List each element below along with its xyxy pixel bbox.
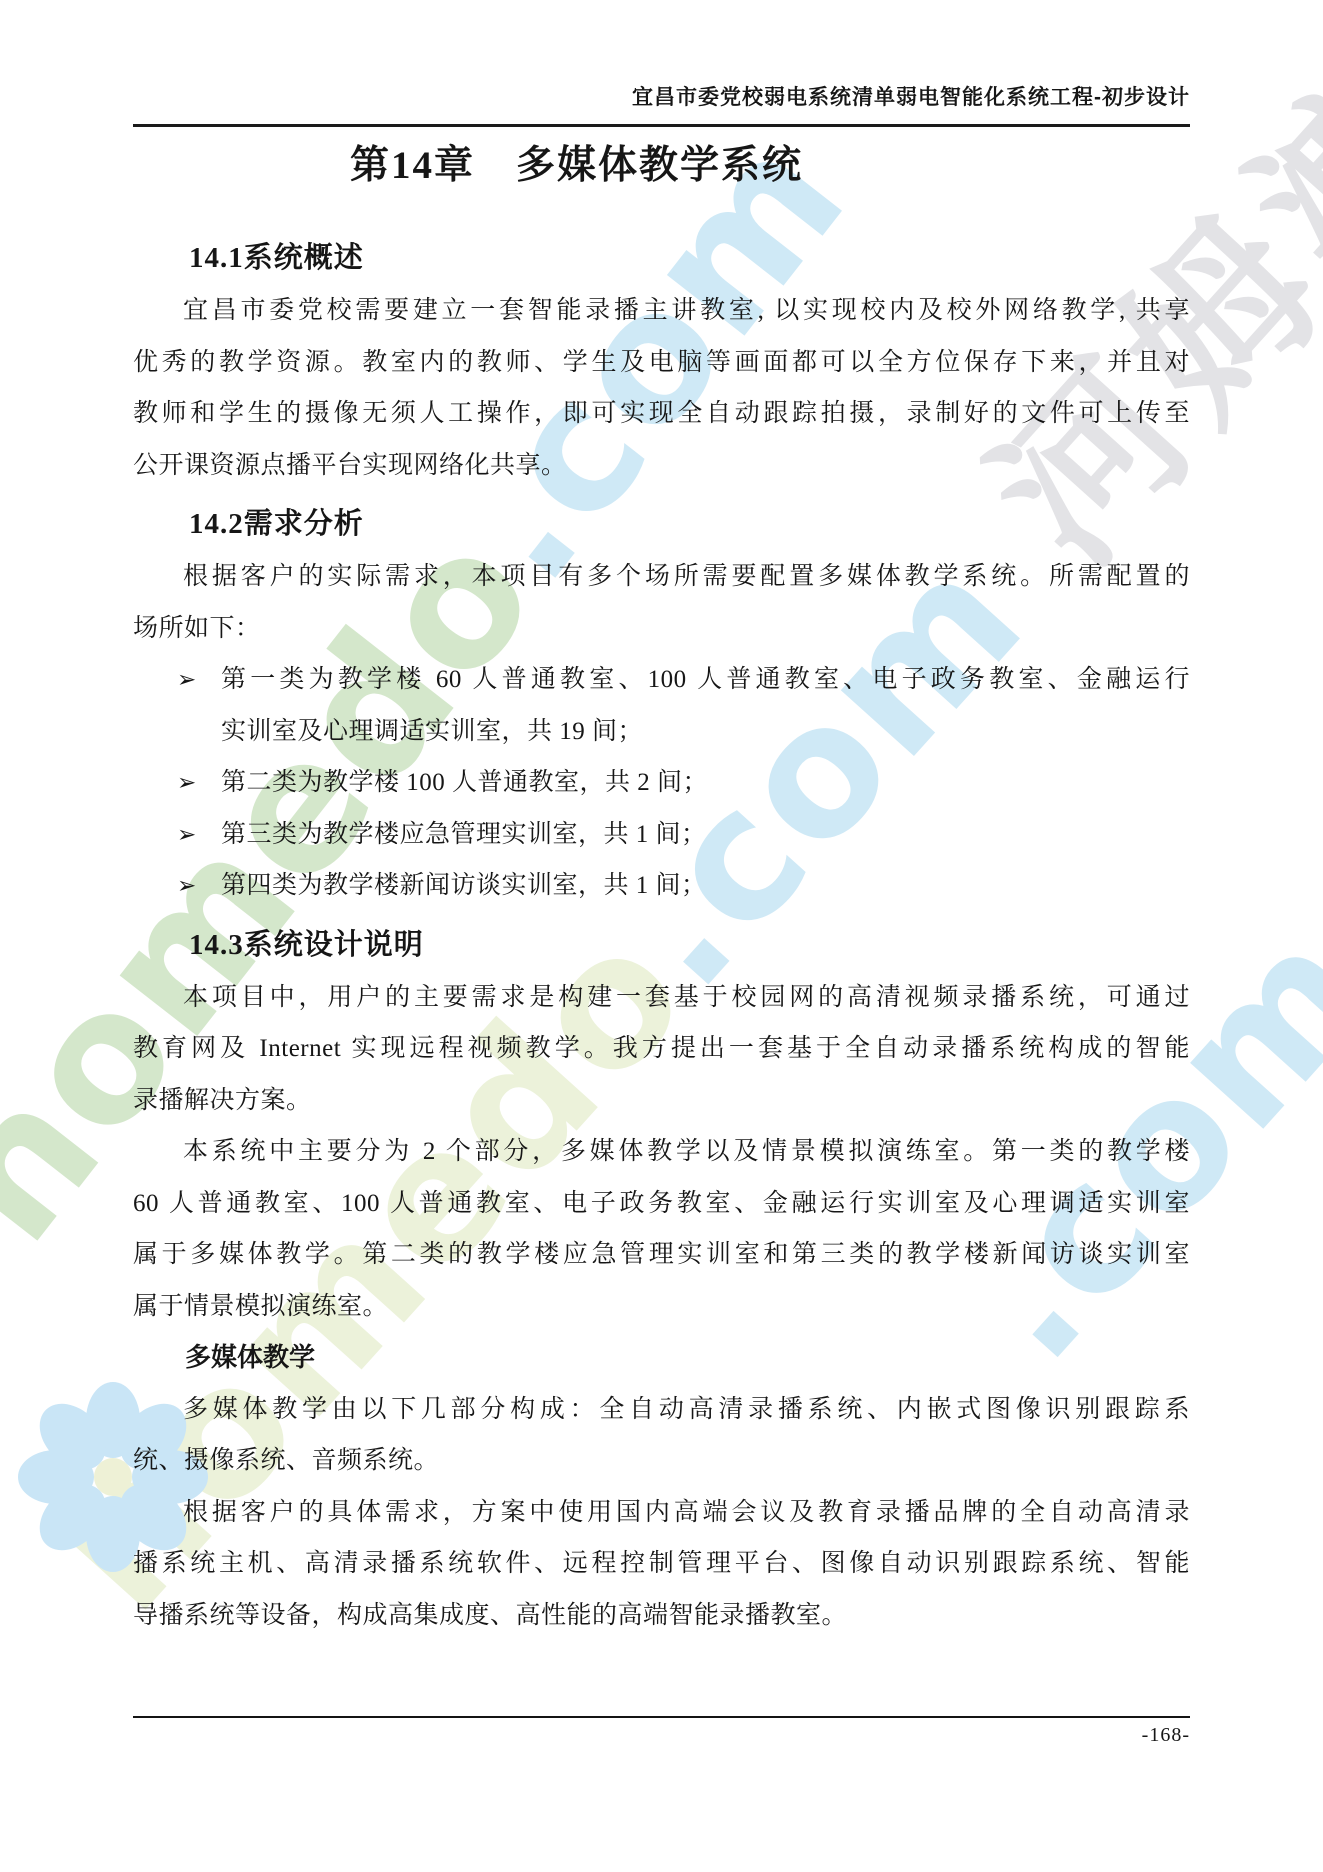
- paragraph-line: 第三类为教学楼应急管理实训室，共 1 间；: [221, 809, 1190, 861]
- paragraph-line: 60 人普通教室、100 人普通教室、电子政务教室、金融运行实训室及心理调适实训…: [133, 1178, 1190, 1230]
- paragraph: 宜昌市委党校需要建立一套智能录播主讲教室, 以实现校内及校外网络教学, 共享 优…: [133, 285, 1190, 491]
- list-item-text: 第四类为教学楼新闻访谈实训室，共 1 间；: [221, 860, 1190, 912]
- paragraph-line: 本项目中，用户的主要需求是构建一套基于校园网的高清视频录播系统，可通过: [133, 972, 1190, 1024]
- paragraph-line: 第四类为教学楼新闻访谈实训室，共 1 间；: [221, 860, 1190, 912]
- list-item-text: 第三类为教学楼应急管理实训室，共 1 间；: [221, 809, 1190, 861]
- page-number: -168-: [1142, 1718, 1190, 1746]
- paragraph-line: 属于情景模拟演练室。: [133, 1281, 1190, 1333]
- paragraph-line: 场所如下：: [133, 603, 1190, 655]
- list-item-text: 第二类为教学楼 100 人普通教室，共 2 间；: [221, 757, 1190, 809]
- arrowhead-bullet-icon: ➢: [177, 860, 221, 912]
- paragraph-line: 第二类为教学楼 100 人普通教室，共 2 间；: [221, 757, 1190, 809]
- arrowhead-bullet-icon: ➢: [177, 654, 221, 706]
- paragraph-line: 教育网及 Internet 实现远程视频教学。我方提出一套基于全自动录播系统构成…: [133, 1023, 1190, 1075]
- paragraph: 根据客户的实际需求，本项目有多个场所需要配置多媒体教学系统。所需配置的 场所如下…: [133, 551, 1190, 654]
- list-item: ➢ 第一类为教学楼 60 人普通教室、100 人普通教室、电子政务教室、金融运行…: [177, 654, 1190, 757]
- paragraph-line: 宜昌市委党校需要建立一套智能录播主讲教室, 以实现校内及校外网络教学, 共享: [133, 285, 1190, 337]
- subsection-heading-multimedia: 多媒体教学: [133, 1332, 1190, 1384]
- page-footer: -168-: [133, 1716, 1190, 1746]
- page-content: 宜昌市委党校弱电系统清单弱电智能化系统工程-初步设计 第14章 多媒体教学系统 …: [0, 0, 1323, 1641]
- paragraph-line: 第一类为教学楼 60 人普通教室、100 人普通教室、电子政务教室、金融运行: [221, 654, 1190, 706]
- paragraph-line: 公开课资源点播平台实现网络化共享。: [133, 440, 1190, 492]
- paragraph: 根据客户的具体需求，方案中使用国内高端会议及教育录播品牌的全自动高清录 播系统主…: [133, 1487, 1190, 1642]
- paragraph-line: 根据客户的具体需求，方案中使用国内高端会议及教育录播品牌的全自动高清录: [133, 1487, 1190, 1539]
- paragraph-line: 属于多媒体教学。第二类的教学楼应急管理实训室和第三类的教学楼新闻访谈实训室: [133, 1229, 1190, 1281]
- paragraph: 本系统中主要分为 2 个部分，多媒体教学以及情景模拟演练室。第一类的教学楼 60…: [133, 1126, 1190, 1332]
- paragraph-line: 播系统主机、高清录播系统软件、远程控制管理平台、图像自动识别跟踪系统、智能: [133, 1538, 1190, 1590]
- list-item: ➢ 第三类为教学楼应急管理实训室，共 1 间；: [177, 809, 1190, 861]
- paragraph: 本项目中，用户的主要需求是构建一套基于校园网的高清视频录播系统，可通过 教育网及…: [133, 972, 1190, 1127]
- arrowhead-bullet-icon: ➢: [177, 809, 221, 861]
- paragraph-line: 优秀的教学资源。教室内的教师、学生及电脑等画面都可以全方位保存下来，并且对: [133, 337, 1190, 389]
- paragraph: 多媒体教学由以下几部分构成：全自动高清录播系统、内嵌式图像识别跟踪系 统、摄像系…: [133, 1384, 1190, 1487]
- section-heading-14-3: 14.3系统设计说明: [133, 928, 1190, 962]
- chapter-title: 第14章 多媒体教学系统: [133, 143, 1020, 189]
- section-heading-14-2: 14.2需求分析: [133, 507, 1190, 541]
- header-project-label: 宜昌市委党校弱电系统清单弱电智能化系统工程-初步设计: [133, 86, 1190, 110]
- paragraph-line: 录播解决方案。: [133, 1075, 1190, 1127]
- paragraph-line: 教师和学生的摄像无须人工操作，即可实现全自动跟踪拍摄，录制好的文件可上传至: [133, 388, 1190, 440]
- paragraph-line: 多媒体教学由以下几部分构成：全自动高清录播系统、内嵌式图像识别跟踪系: [133, 1384, 1190, 1436]
- paragraph-line: 本系统中主要分为 2 个部分，多媒体教学以及情景模拟演练室。第一类的教学楼: [133, 1126, 1190, 1178]
- location-list: ➢ 第一类为教学楼 60 人普通教室、100 人普通教室、电子政务教室、金融运行…: [133, 654, 1190, 912]
- paragraph-line: 统、摄像系统、音频系统。: [133, 1435, 1190, 1487]
- arrowhead-bullet-icon: ➢: [177, 757, 221, 809]
- section-heading-14-1: 14.1系统概述: [133, 241, 1190, 275]
- list-item-text: 第一类为教学楼 60 人普通教室、100 人普通教室、电子政务教室、金融运行 实…: [221, 654, 1190, 757]
- paragraph-line: 根据客户的实际需求，本项目有多个场所需要配置多媒体教学系统。所需配置的: [133, 551, 1190, 603]
- list-item: ➢ 第四类为教学楼新闻访谈实训室，共 1 间；: [177, 860, 1190, 912]
- list-item: ➢ 第二类为教学楼 100 人普通教室，共 2 间；: [177, 757, 1190, 809]
- document-page: homedo.com homedo.com河姆渡 .com 宜昌市委党校弱电系统…: [0, 0, 1323, 1872]
- paragraph-line: 实训室及心理调适实训室，共 19 间；: [221, 706, 1190, 758]
- page-header: 宜昌市委党校弱电系统清单弱电智能化系统工程-初步设计: [133, 0, 1190, 127]
- paragraph-line: 导播系统等设备，构成高集成度、高性能的高端智能录播教室。: [133, 1590, 1190, 1642]
